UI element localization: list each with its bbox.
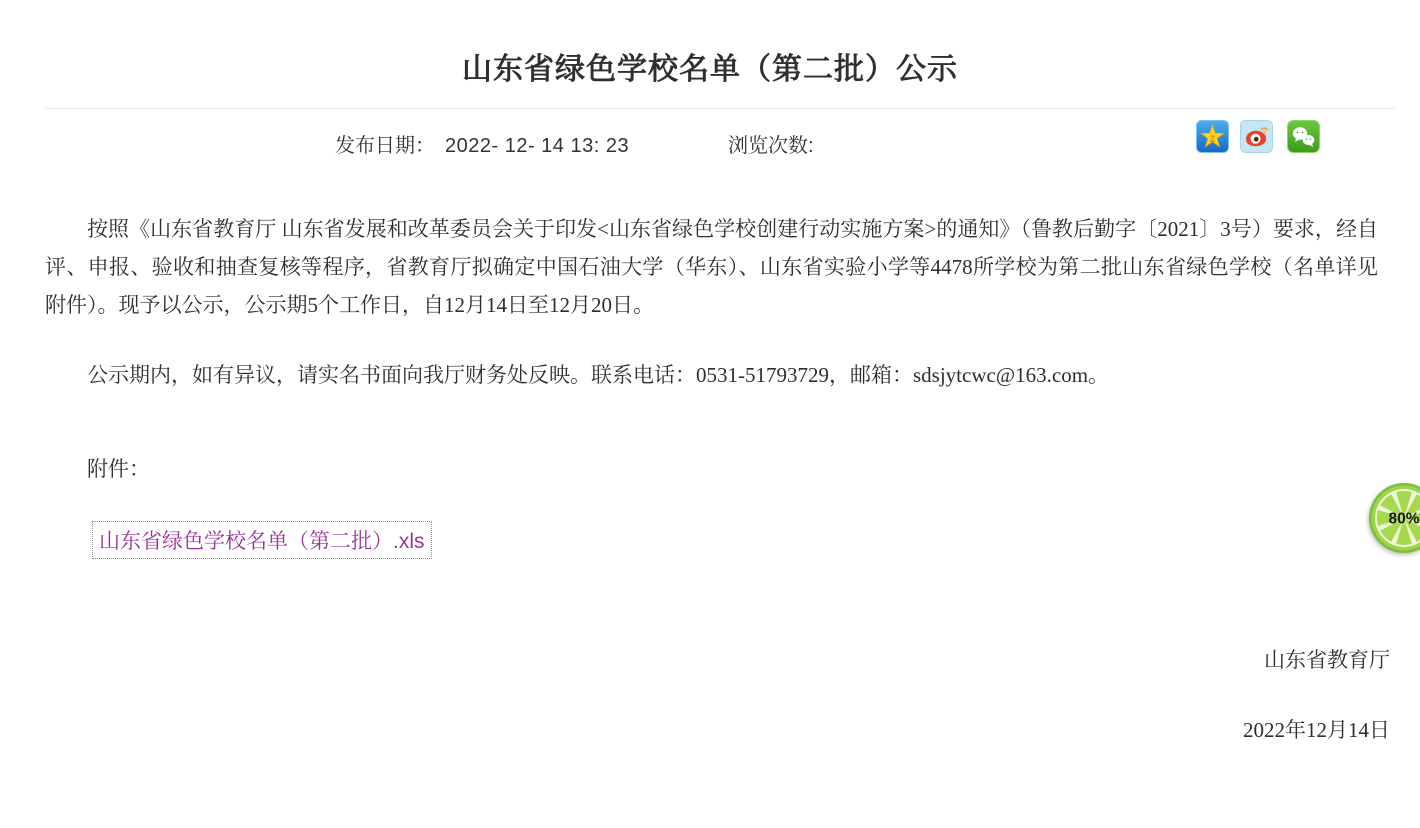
qzone-icon: z [1196, 120, 1229, 153]
svg-text:z: z [1210, 131, 1216, 145]
publish-date: 发布日期：2022- 12- 14 13: 23 [335, 129, 629, 158]
publish-date-label: 发布日期： [335, 135, 435, 157]
page-zoom-widget[interactable]: 80% [1368, 482, 1420, 554]
qzone-share-button[interactable]: z [1196, 120, 1229, 153]
views-label: 浏览次数: [728, 135, 814, 157]
notice-paragraph-1: 按照《山东省教育厅 山东省发展和改革委员会关于印发<山东省绿色学校创建行动实施方… [45, 210, 1378, 324]
page-title: 山东省绿色学校名单（第二批）公示 [0, 44, 1420, 88]
lime-zoom-icon: 80% [1368, 482, 1420, 554]
title-divider [45, 108, 1395, 109]
publish-date-value: 2022- 12- 14 13: 23 [445, 135, 629, 157]
weibo-share-button[interactable] [1240, 120, 1273, 153]
views-count: 浏览次数: [728, 129, 814, 158]
wechat-icon [1287, 120, 1320, 153]
wechat-share-button[interactable] [1287, 120, 1320, 153]
notice-paragraph-2: 公示期内，如有异议，请实名书面向我厅财务处反映。联系电话：0531-517937… [45, 356, 1378, 394]
svg-text:80%: 80% [1388, 511, 1419, 528]
signature-org: 山东省教育厅 [1264, 644, 1390, 674]
share-bar: z [1196, 120, 1356, 154]
weibo-icon [1240, 120, 1273, 153]
attachment-label: 附件： [45, 450, 1378, 488]
attachment-link[interactable]: 山东省绿色学校名单（第二批）.xls [92, 521, 432, 559]
signature-date: 2022年12月14日 [1243, 714, 1390, 744]
